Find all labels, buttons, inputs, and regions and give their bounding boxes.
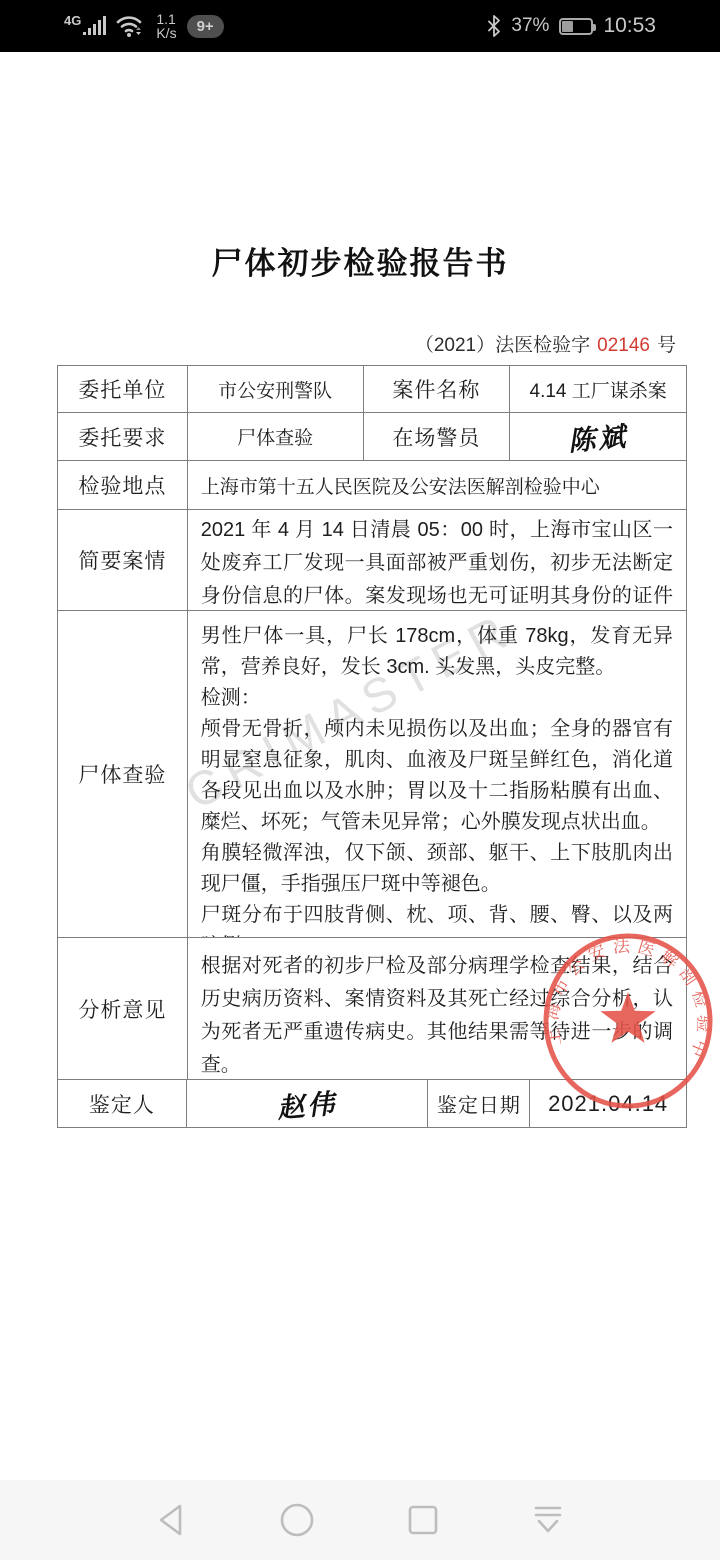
exam-location-value: 上海市第十五人民医院及公安法医解剖检验中心: [188, 461, 687, 510]
status-bar-right: 37% 10:53: [487, 14, 656, 38]
table-row: 尸体查验 男性尸体一具，尸长 178cm，体重 78kg，发育无异常，营养良好，…: [58, 611, 687, 938]
wifi-icon: [116, 14, 146, 38]
signal-bars-icon: [82, 15, 106, 37]
table-row: 分析意见 根据对死者的初步尸检及部分病理学检查结果，结合历史病历资料、案情资料及…: [58, 938, 687, 1080]
report-number-suffix: 号: [657, 330, 676, 357]
hide-nav-icon: [531, 1502, 565, 1538]
navigation-bar: [0, 1480, 720, 1560]
exam-location-label: 检验地点: [58, 461, 188, 510]
battery-nub: [593, 24, 596, 31]
battery-percent-label: 37%: [511, 15, 549, 37]
table-row: 检验地点 上海市第十五人民医院及公安法医解剖检验中心: [58, 461, 687, 510]
recents-button[interactable]: [401, 1498, 445, 1542]
recents-icon: [406, 1503, 440, 1537]
entrusting-unit-value: 市公安刑警队: [188, 366, 364, 413]
report-number-prefix: （2021）法医检验字: [415, 330, 590, 357]
phone-screen: 4G 1.1 K/s 9+: [0, 0, 720, 1560]
case-name-label: 案件名称: [364, 366, 511, 413]
notification-count-badge: 9+: [187, 15, 224, 38]
table-row: 简要案情 2021 年 4 月 14 日清晨 05：00 时，上海市宝山区一处废…: [58, 510, 687, 611]
table-row: 委托要求 尸体查验 在场警员 陈斌: [58, 413, 687, 461]
analysis-opinion-label: 分析意见: [58, 938, 188, 1080]
appraisal-date-label: 鉴定日期: [428, 1080, 530, 1128]
clock-label: 10:53: [603, 14, 656, 38]
appraiser-label: 鉴定人: [58, 1080, 187, 1128]
home-button[interactable]: [275, 1498, 319, 1542]
back-icon: [156, 1502, 188, 1538]
officer-present-label: 在场警员: [364, 413, 511, 461]
body-exam-paragraph: 尸斑分布于四肢背侧、枕、项、背、腰、臀、以及两腋侧。: [201, 900, 673, 938]
status-bar-left: 4G 1.1 K/s 9+: [64, 12, 224, 40]
report-title: 尸体初步检验报告书: [0, 238, 720, 283]
status-bar: 4G 1.1 K/s 9+: [0, 0, 720, 52]
home-icon: [279, 1502, 315, 1538]
case-summary-text: 2021 年 4 月 14 日清晨 05：00 时，上海市宝山区一处废弃工厂发现…: [201, 514, 673, 611]
speed-value: 1.1: [156, 12, 175, 26]
body-exam-paragraph: 男性尸体一具，尸长 178cm，体重 78kg，发育无异常，营养良好，发长 3c…: [201, 621, 673, 683]
body-exam-paragraph: 颅骨无骨折，颅内未见损伤以及出血；全身的器官有明显窒息征象，肌肉、血液及尸斑呈鲜…: [201, 714, 673, 838]
officer-signature: 陈斌: [567, 414, 630, 458]
analysis-opinion-text: 根据对死者的初步尸检及部分病理学检查结果，结合历史病历资料、案情资料及其死亡经过…: [201, 950, 673, 1080]
hide-nav-button[interactable]: [526, 1498, 570, 1542]
battery-icon: [559, 18, 593, 35]
network-speed: 1.1 K/s: [156, 12, 176, 40]
appraiser-signature: 赵伟: [276, 1081, 339, 1125]
cellular-signal: 4G: [64, 15, 106, 37]
speed-unit: K/s: [156, 26, 176, 40]
table-row: 委托单位 市公安刑警队 案件名称 4.14 工厂谋杀案: [58, 366, 687, 413]
case-summary-label: 简要案情: [58, 510, 188, 611]
entrusting-unit-label: 委托单位: [58, 366, 188, 413]
body-exam-paragraph: 角膜轻微浑浊，仅下颌、颈部、躯干、上下肢肌肉出现尸僵，手指强压尸斑中等褪色。: [201, 838, 673, 900]
report-number-value: 02146: [597, 335, 650, 357]
report-page: 尸体初步检验报告书 （2021）法医检验字 02146 号 CRIMASTER …: [0, 52, 720, 1480]
entrusting-request-value: 尸体查验: [188, 413, 364, 461]
entrusting-request-label: 委托要求: [58, 413, 188, 461]
back-button[interactable]: [150, 1498, 194, 1542]
network-type-label: 4G: [64, 15, 81, 27]
appraisal-date-value: 2021.04.14: [530, 1080, 687, 1128]
table-row: 鉴定人 赵伟 鉴定日期 2021.04.14: [58, 1080, 687, 1128]
bluetooth-icon: [487, 15, 501, 37]
report-number: （2021）法医检验字 02146 号: [415, 330, 676, 357]
report-table: 委托单位 市公安刑警队 案件名称 4.14 工厂谋杀案 委托要求 尸体查验 在场…: [57, 365, 687, 1128]
battery-fill: [562, 21, 573, 32]
case-name-value: 4.14 工厂谋杀案: [510, 366, 687, 413]
body-exam-paragraph: 检测：: [201, 683, 673, 714]
body-exam-label: 尸体查验: [58, 611, 188, 938]
